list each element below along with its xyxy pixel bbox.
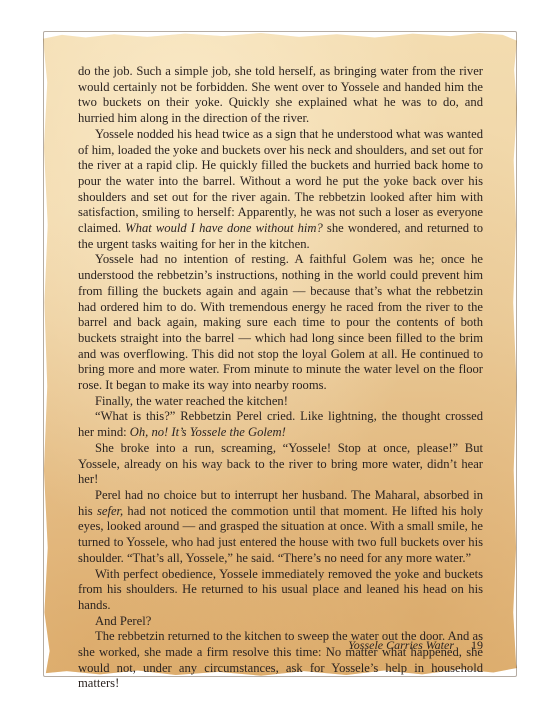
paragraph: She broke into a run, screaming, “Yossel… — [78, 441, 483, 488]
paragraph-text: With perfect obedience, Yossele immediat… — [78, 567, 483, 612]
paragraph-text: do the job. Such a simple job, she told … — [78, 64, 483, 125]
paragraph-text: had not noticed the commotion until that… — [78, 504, 483, 565]
italic-thought: Oh, no! It’s Yossele the Golem! — [130, 425, 286, 439]
page-number: 19 — [471, 638, 483, 652]
paragraph: do the job. Such a simple job, she told … — [78, 64, 483, 127]
paragraph: Finally, the water reached the kitchen! — [78, 394, 483, 410]
paragraph-text: She broke into a run, screaming, “Yossel… — [78, 441, 483, 486]
paragraph-text: Yossele had no intention of resting. A f… — [78, 252, 483, 392]
paragraph: And Perel? — [78, 614, 483, 630]
paragraph-text: Yossele nodded his head twice as a sign … — [78, 127, 483, 235]
page-footer: Yossele Carries Water 19 — [348, 638, 483, 653]
paragraph: Yossele nodded his head twice as a sign … — [78, 127, 483, 253]
running-chapter-title: Yossele Carries Water — [348, 638, 454, 652]
paragraph: “What is this?” Rebbetzin Perel cried. L… — [78, 409, 483, 440]
paragraph-text: And Perel? — [95, 614, 151, 628]
italic-thought: What would I have done without him? — [125, 221, 323, 235]
paragraph: Yossele had no intention of resting. A f… — [78, 252, 483, 393]
paragraph: With perfect obedience, Yossele immediat… — [78, 567, 483, 614]
italic-term: sefer, — [97, 504, 123, 518]
body-text: do the job. Such a simple job, she told … — [78, 64, 483, 692]
paragraph-text: Finally, the water reached the kitchen! — [95, 394, 288, 408]
paragraph: Perel had no choice but to interrupt her… — [78, 488, 483, 567]
